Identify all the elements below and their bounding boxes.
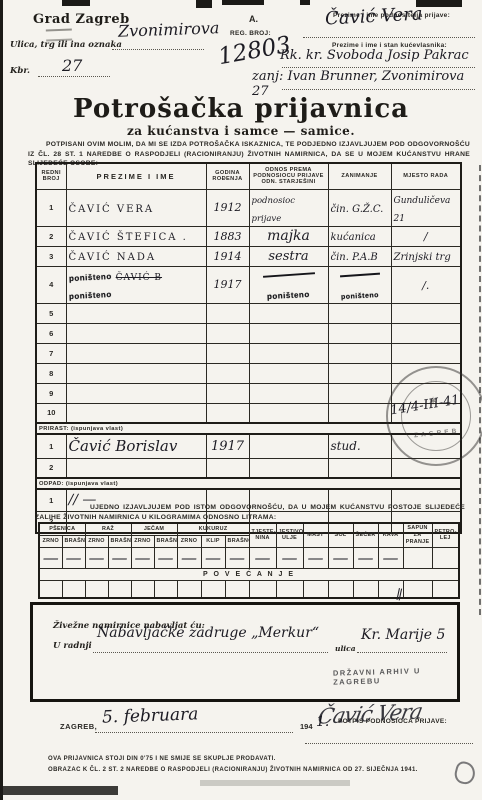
shop-value: Nabavljačke zadruge „Merkur“	[97, 625, 319, 641]
scan-mark	[196, 0, 212, 8]
odpad-band: ODPAD: (ispunjava vlast)	[36, 478, 461, 489]
supply-value: —	[308, 548, 324, 567]
supply-value: —	[229, 548, 245, 567]
row-num: 2	[36, 226, 66, 246]
supply-value: —	[112, 548, 128, 567]
person-year: 1914	[209, 250, 247, 263]
col-header-godina: GODINA ROĐENJA	[206, 163, 249, 189]
landlord-value: Rk. kr. Svoboda Josip Pakrac	[280, 48, 469, 63]
person-occupation: čin. G.Ž.C.	[331, 204, 384, 215]
supply-value: —	[43, 548, 59, 567]
row-num: 3	[36, 246, 66, 266]
col-jestivo-ulje: JESTIVO ULJE	[276, 523, 303, 547]
persons-table: REDNI BROJ PREZIME I IME GODINA ROĐENJA …	[35, 162, 462, 534]
person-name: ČAVIĆ NADA	[69, 252, 157, 263]
sub-brasno: BRAŠNO	[62, 535, 85, 547]
person-row-empty: 7	[36, 343, 461, 363]
ulica-value: Kr. Marije 5	[361, 627, 445, 643]
supply-value: —	[205, 548, 221, 567]
supply-value: —	[66, 548, 82, 567]
archive-stamp: DRŽAVNI ARHIV U ZAGREBU	[333, 665, 457, 686]
kbr-value: 27	[62, 56, 82, 75]
section-letter: A.	[249, 14, 258, 24]
col-header-mjestorada: MJESTO RADA	[391, 163, 461, 189]
prirast-year: 1917	[209, 439, 247, 454]
row-num: 6	[36, 323, 66, 343]
col-header-rednibroj: REDNI BROJ	[36, 163, 66, 189]
persons-header-row: REDNI BROJ PREZIME I IME GODINA ROĐENJA …	[36, 163, 461, 189]
supply-value: —	[383, 548, 399, 567]
scan-mark	[222, 0, 264, 5]
scan-smudge	[200, 780, 350, 786]
person-row-empty: 6	[36, 323, 461, 343]
person-year: 1883	[209, 230, 247, 243]
supply-value: —	[282, 548, 298, 567]
scan-mark	[62, 0, 90, 6]
strike-mark	[339, 273, 379, 278]
sub-brasno: BRAŠNO	[225, 535, 249, 547]
sub-zrno: ZRNO	[177, 535, 201, 547]
landlord-line2	[282, 88, 475, 90]
landlord-line1	[282, 66, 475, 68]
prirast-name: Čavić Borislav	[69, 437, 178, 455]
col-secer: ŠEĆER	[353, 523, 378, 547]
supplies-paragraph: UJEDNO IZJAVLJUJEM POD ISTOM ODGOVORNOŠĆ…	[35, 503, 465, 522]
person-row: 2 ČAVIĆ ŠTEFICA . 1883 majka kućanica /	[36, 226, 461, 246]
col-header-zanimanje: ZANIMANJE	[328, 163, 391, 189]
person-row-cancelled: 4 poništeno ČAVIĆ B poništeno 1917 poniš…	[36, 266, 461, 303]
row-num: 2	[36, 458, 66, 478]
odpad-label: ODPAD: (ispunjava vlast)	[36, 478, 461, 489]
sub-zrno: ZRNO	[131, 535, 154, 547]
person-name: ČAVIĆ VERA	[69, 204, 155, 215]
prirast-label: PRIRAST: (ispunjava vlast)	[36, 423, 461, 434]
street-value: Zvonimirova	[118, 18, 220, 41]
col-psenica: PŠENICA	[39, 523, 85, 535]
footer-city-label: ZAGREB,	[60, 722, 97, 731]
street-line	[112, 48, 204, 50]
person-row-empty: 8	[36, 363, 461, 383]
strike-mark	[262, 272, 314, 278]
kbr-label: Kbr.	[10, 66, 30, 76]
person-year: 1917	[209, 278, 247, 291]
shop-line	[93, 651, 328, 653]
row-num: 1	[36, 434, 66, 458]
prirast-row-empty: 2	[36, 458, 461, 478]
person-year: 1912	[209, 201, 247, 214]
sub-brasno: BRAŠNO	[108, 535, 131, 547]
prirast-band: PRIRAST: (ispunjava vlast)	[36, 423, 461, 434]
person-relation: majka	[252, 228, 326, 244]
person-row: 1 ČAVIĆ VERA 1912 podnosioc prijave čin.…	[36, 189, 461, 226]
sub-zrno: ZRNO	[85, 535, 108, 547]
purchase-box: Živežne namirnice nabavljat ću: U radnji…	[30, 602, 460, 702]
supply-value: —	[333, 548, 349, 567]
kbr-line	[38, 75, 110, 77]
person-relation: sestra	[252, 249, 326, 264]
cancel-stamp: poništeno	[267, 289, 310, 300]
sub-brasno: BRAŠNO	[154, 535, 177, 547]
col-tjestenina: TJESTE- NINA	[249, 523, 276, 547]
person-name: ČAVIĆ B	[116, 273, 162, 283]
row-num: 5	[36, 303, 66, 323]
street-label: Ulica, trg ili ina oznaka	[10, 40, 122, 50]
ulica-line	[357, 651, 447, 653]
person-workplace: Gunduličeva 21	[394, 196, 451, 224]
supply-value: —	[135, 548, 151, 567]
footer-date-line	[95, 731, 293, 733]
scan-mark-bottom	[0, 786, 118, 795]
scan-mark	[416, 0, 462, 7]
col-sapun: SAPUN ZA PRANJE	[403, 523, 432, 547]
prirast-occupation: stud.	[331, 439, 361, 453]
person-workplace: /.	[422, 279, 429, 292]
row-num: 9	[36, 383, 66, 403]
form-title: Potrošačka prijavnica	[0, 94, 482, 124]
fine-print-2: OBRAZAC K ČL. 2 ST. 2 NAREDBE O RASPODJE…	[48, 765, 478, 776]
supply-value: —	[89, 548, 105, 567]
supplies-group-header: PŠENICA RAŽ JEČAM KUKURUZ TJESTE- NINA J…	[39, 523, 459, 535]
cancel-stamp: poništeno	[340, 292, 378, 301]
scan-mark	[300, 0, 310, 5]
person-row: 3 ČAVIĆ NADA 1914 sestra čin. P.A.B Zrin…	[36, 246, 461, 266]
signature-line	[305, 742, 473, 744]
scan-edge-right	[479, 165, 481, 615]
person-row-empty: 5	[36, 303, 461, 323]
sub-zrno: ZRNO	[39, 535, 62, 547]
person-name: ČAVIĆ ŠTEFICA .	[69, 232, 188, 243]
col-kukuruz: KUKURUZ	[177, 523, 249, 535]
footer-date-value: 5. februara	[102, 704, 199, 727]
supply-value: —	[181, 548, 197, 567]
supply-value: —	[158, 548, 174, 567]
person-occupation: čin. P.A.B	[331, 252, 378, 263]
col-raz: RAŽ	[85, 523, 131, 535]
person-workplace: /	[424, 230, 428, 243]
person-occupation: kućanica	[331, 232, 376, 243]
applicant-value: Čavić Vera	[325, 3, 424, 29]
col-sol: SOL	[328, 523, 353, 547]
person-row-empty: 9	[36, 383, 461, 403]
sub-klip: KLIP	[201, 535, 225, 547]
shop-label: U radnji	[53, 641, 92, 651]
cancel-stamp: poništeno	[68, 289, 111, 300]
povecanje-label: P O V E Ć A N J E	[39, 568, 459, 580]
person-workplace: Zrinjski trg	[394, 252, 451, 263]
prirast-row: 1 Čavić Borislav 1917 stud.	[36, 434, 461, 458]
col-header-odnos: ODNOS PREMA PODNOSIOCU PRIJAVE ODN. STAR…	[249, 163, 328, 189]
fine-print-1: OVA PRIJAVNICA STOJI DIN 0'75 I NE SMIJE…	[48, 754, 468, 765]
supplies-values-row: — — — — — — — — — — — — — — —	[39, 547, 459, 568]
col-jecam: JEČAM	[131, 523, 177, 535]
col-petrolej: PETRO- LEJ	[432, 523, 459, 547]
scanned-form-page: Grad Zagreb Ulica, trg ili ina oznaka Zv…	[0, 0, 482, 800]
form-subtitle: za kućanstva i samce — samice.	[0, 124, 482, 138]
footer-year-prefix: 194	[300, 722, 313, 731]
supply-value: —	[255, 548, 271, 567]
povecanje-band: P O V E Ć A N J E	[39, 568, 459, 580]
city-heading: Grad Zagreb	[33, 12, 130, 27]
ulica-label: ulica	[335, 644, 356, 653]
row-num: 7	[36, 343, 66, 363]
row-num: 1	[36, 189, 66, 226]
supply-value: —	[358, 548, 374, 567]
row-num: 4	[36, 266, 66, 303]
col-kava: KAVA	[378, 523, 403, 547]
applicant-line	[303, 36, 475, 38]
row-num: 8	[36, 363, 66, 383]
cancel-stamp: poništeno	[68, 271, 111, 282]
person-relation: podnosioc prijave	[252, 196, 296, 224]
col-header-prezimeiime: PREZIME I IME	[66, 163, 206, 189]
col-mast: MAST	[303, 523, 328, 547]
row-num: 10	[36, 403, 66, 423]
